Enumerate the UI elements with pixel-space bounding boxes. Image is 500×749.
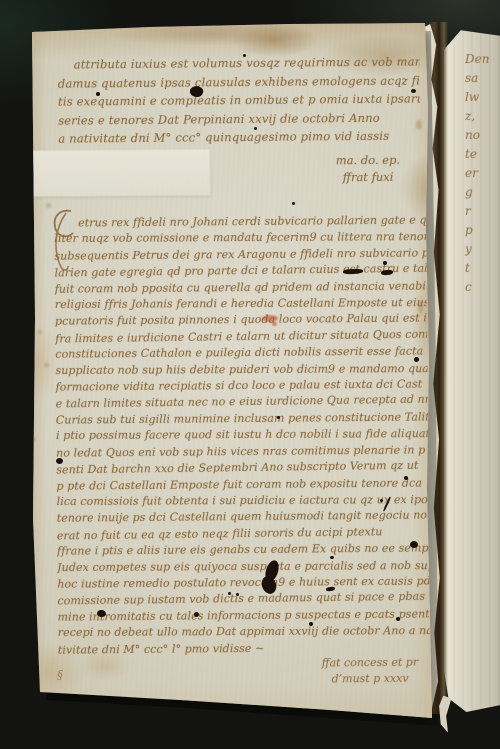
ink-blot [243, 54, 246, 57]
ink-blot [380, 499, 383, 502]
fragment-text: z, [465, 107, 499, 126]
ink-blot [236, 593, 239, 596]
fragment-text: er [465, 164, 499, 183]
ink-blot [194, 612, 199, 617]
ink-blot [277, 416, 280, 419]
foxing-spot [416, 120, 422, 130]
manuscript-line: i ptio possimus facere quod sit iustu h … [56, 426, 428, 444]
ink-blot [228, 592, 231, 595]
initial-letter-P-flourish [50, 208, 78, 272]
registration-note-line: ffat concess et pr [308, 654, 432, 671]
ink-blot [410, 541, 418, 548]
facing-page-text-fragments: Densalwz,noteergrpytc [465, 50, 499, 297]
manuscript-line: lica comissiois fuit obtenta i sui puidi… [57, 492, 429, 510]
rust-stain [262, 315, 278, 322]
fragment-text: p [465, 221, 499, 240]
fragment-text: c [465, 278, 499, 297]
main-paragraph: etrus rex ffideli nro Johani cerdi subvi… [54, 212, 430, 658]
ink-blot [56, 458, 63, 464]
foxing-spot [32, 437, 36, 441]
ink-blot [254, 127, 257, 130]
fragment-text: no [465, 126, 499, 145]
manuscript-line: religiosi ffris Johanis ferandi e heredi… [55, 295, 427, 313]
fragment-text: sa [465, 69, 499, 88]
registration-note: ( ffat concess et prd’must p xxxv [308, 654, 432, 687]
fragment-text: te [465, 145, 499, 164]
manuscript-line: Judex competes sup eis quiyoca suspecta … [57, 558, 429, 576]
ink-blot [414, 357, 419, 362]
rust-stain [272, 322, 277, 326]
bracket-flourish-left: ( [308, 654, 309, 685]
ink-blot [292, 202, 295, 205]
ink-blot [96, 92, 100, 96]
chancery-note: ( ) ma. do. ep.ffrat fuxi [316, 152, 420, 187]
chancery-note-line: ffrat fuxi [316, 169, 420, 187]
foxing-spot [418, 300, 423, 314]
facing-page: Densalwz,noteergrpytc [444, 22, 500, 712]
repair-tape-patch [28, 149, 210, 196]
section-mark: § [57, 668, 63, 682]
registration-note-line: d’must p xxxv [308, 670, 432, 687]
ink-blot [411, 89, 416, 93]
ink-blot [309, 622, 313, 626]
ink-blot [404, 476, 408, 480]
manuscript-line: liter nuqz vob comissione e mandatu fece… [54, 229, 426, 247]
manuscript-line: supplicato nob sup hiis debite puideri v… [55, 361, 427, 379]
flourish-mark: ſ [44, 702, 54, 721]
manuscript-page: attributa iuxius est volumus vosqz requi… [30, 18, 432, 720]
fragment-text: t [465, 259, 499, 278]
foxing-spot [44, 363, 49, 367]
fragment-text: y [465, 240, 499, 259]
ink-blot [330, 556, 334, 559]
foxing-spot [38, 330, 42, 334]
fragment-text: lw [465, 88, 499, 107]
ink-blot [383, 261, 387, 265]
chancery-note-lines: ma. do. ep.ffrat fuxi [316, 152, 420, 187]
fragment-text: Den [465, 50, 499, 69]
chancery-note-line: ma. do. ep. [316, 152, 420, 170]
closing-paragraph: attributa iuxius est volumus vosqz requi… [58, 52, 421, 148]
manuscript-line: recepi no debeat ullo mado Dat appimai x… [58, 623, 430, 641]
fragment-text: r [465, 202, 499, 221]
ink-blot [396, 617, 400, 621]
manuscript-photograph: Densalwz,noteergrpytc attributa iuxius e… [0, 0, 500, 749]
fragment-text: g [465, 183, 499, 202]
registration-note-lines: ffat concess et prd’must p xxxv [308, 654, 432, 687]
manuscript-line: a nativitate dni M° ccc° quinquagesimo p… [58, 127, 420, 149]
